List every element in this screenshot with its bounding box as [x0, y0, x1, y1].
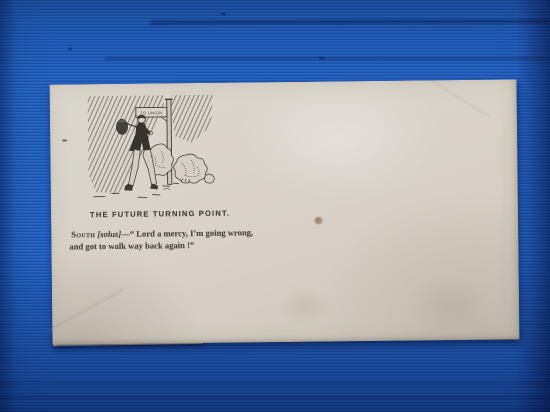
photo-of-envelope: TO UNION — [0, 0, 550, 412]
crease-shadow — [48, 289, 124, 332]
speaker-name: South — [71, 229, 95, 239]
vignette-title: THE FUTURE TURNING POINT. — [89, 208, 229, 219]
stage-direction: [solus] — [97, 228, 121, 238]
fabric-streak — [105, 57, 550, 60]
faint-stain — [276, 286, 331, 327]
vignette-illustration: TO UNION — [84, 92, 215, 199]
foxing-stain — [406, 274, 487, 335]
envelope: TO UNION — [49, 79, 519, 344]
caption-line-1: South [solus]—“ Lord a mercy, I’m going … — [71, 227, 253, 239]
fabric-fold-line — [0, 382, 550, 384]
crease-shadow — [429, 80, 490, 119]
caption-line-2: and got to walk way back again !” — [69, 240, 194, 251]
sign-text: TO UNION — [140, 110, 162, 115]
fabric-fold-line — [0, 397, 550, 399]
ink-speck — [62, 139, 67, 141]
bushes — [146, 143, 214, 184]
stain-spot — [314, 216, 323, 224]
fabric-slub — [221, 13, 226, 15]
quote-line-1: —“ Lord a mercy, I’m going wrong, — [121, 227, 253, 238]
